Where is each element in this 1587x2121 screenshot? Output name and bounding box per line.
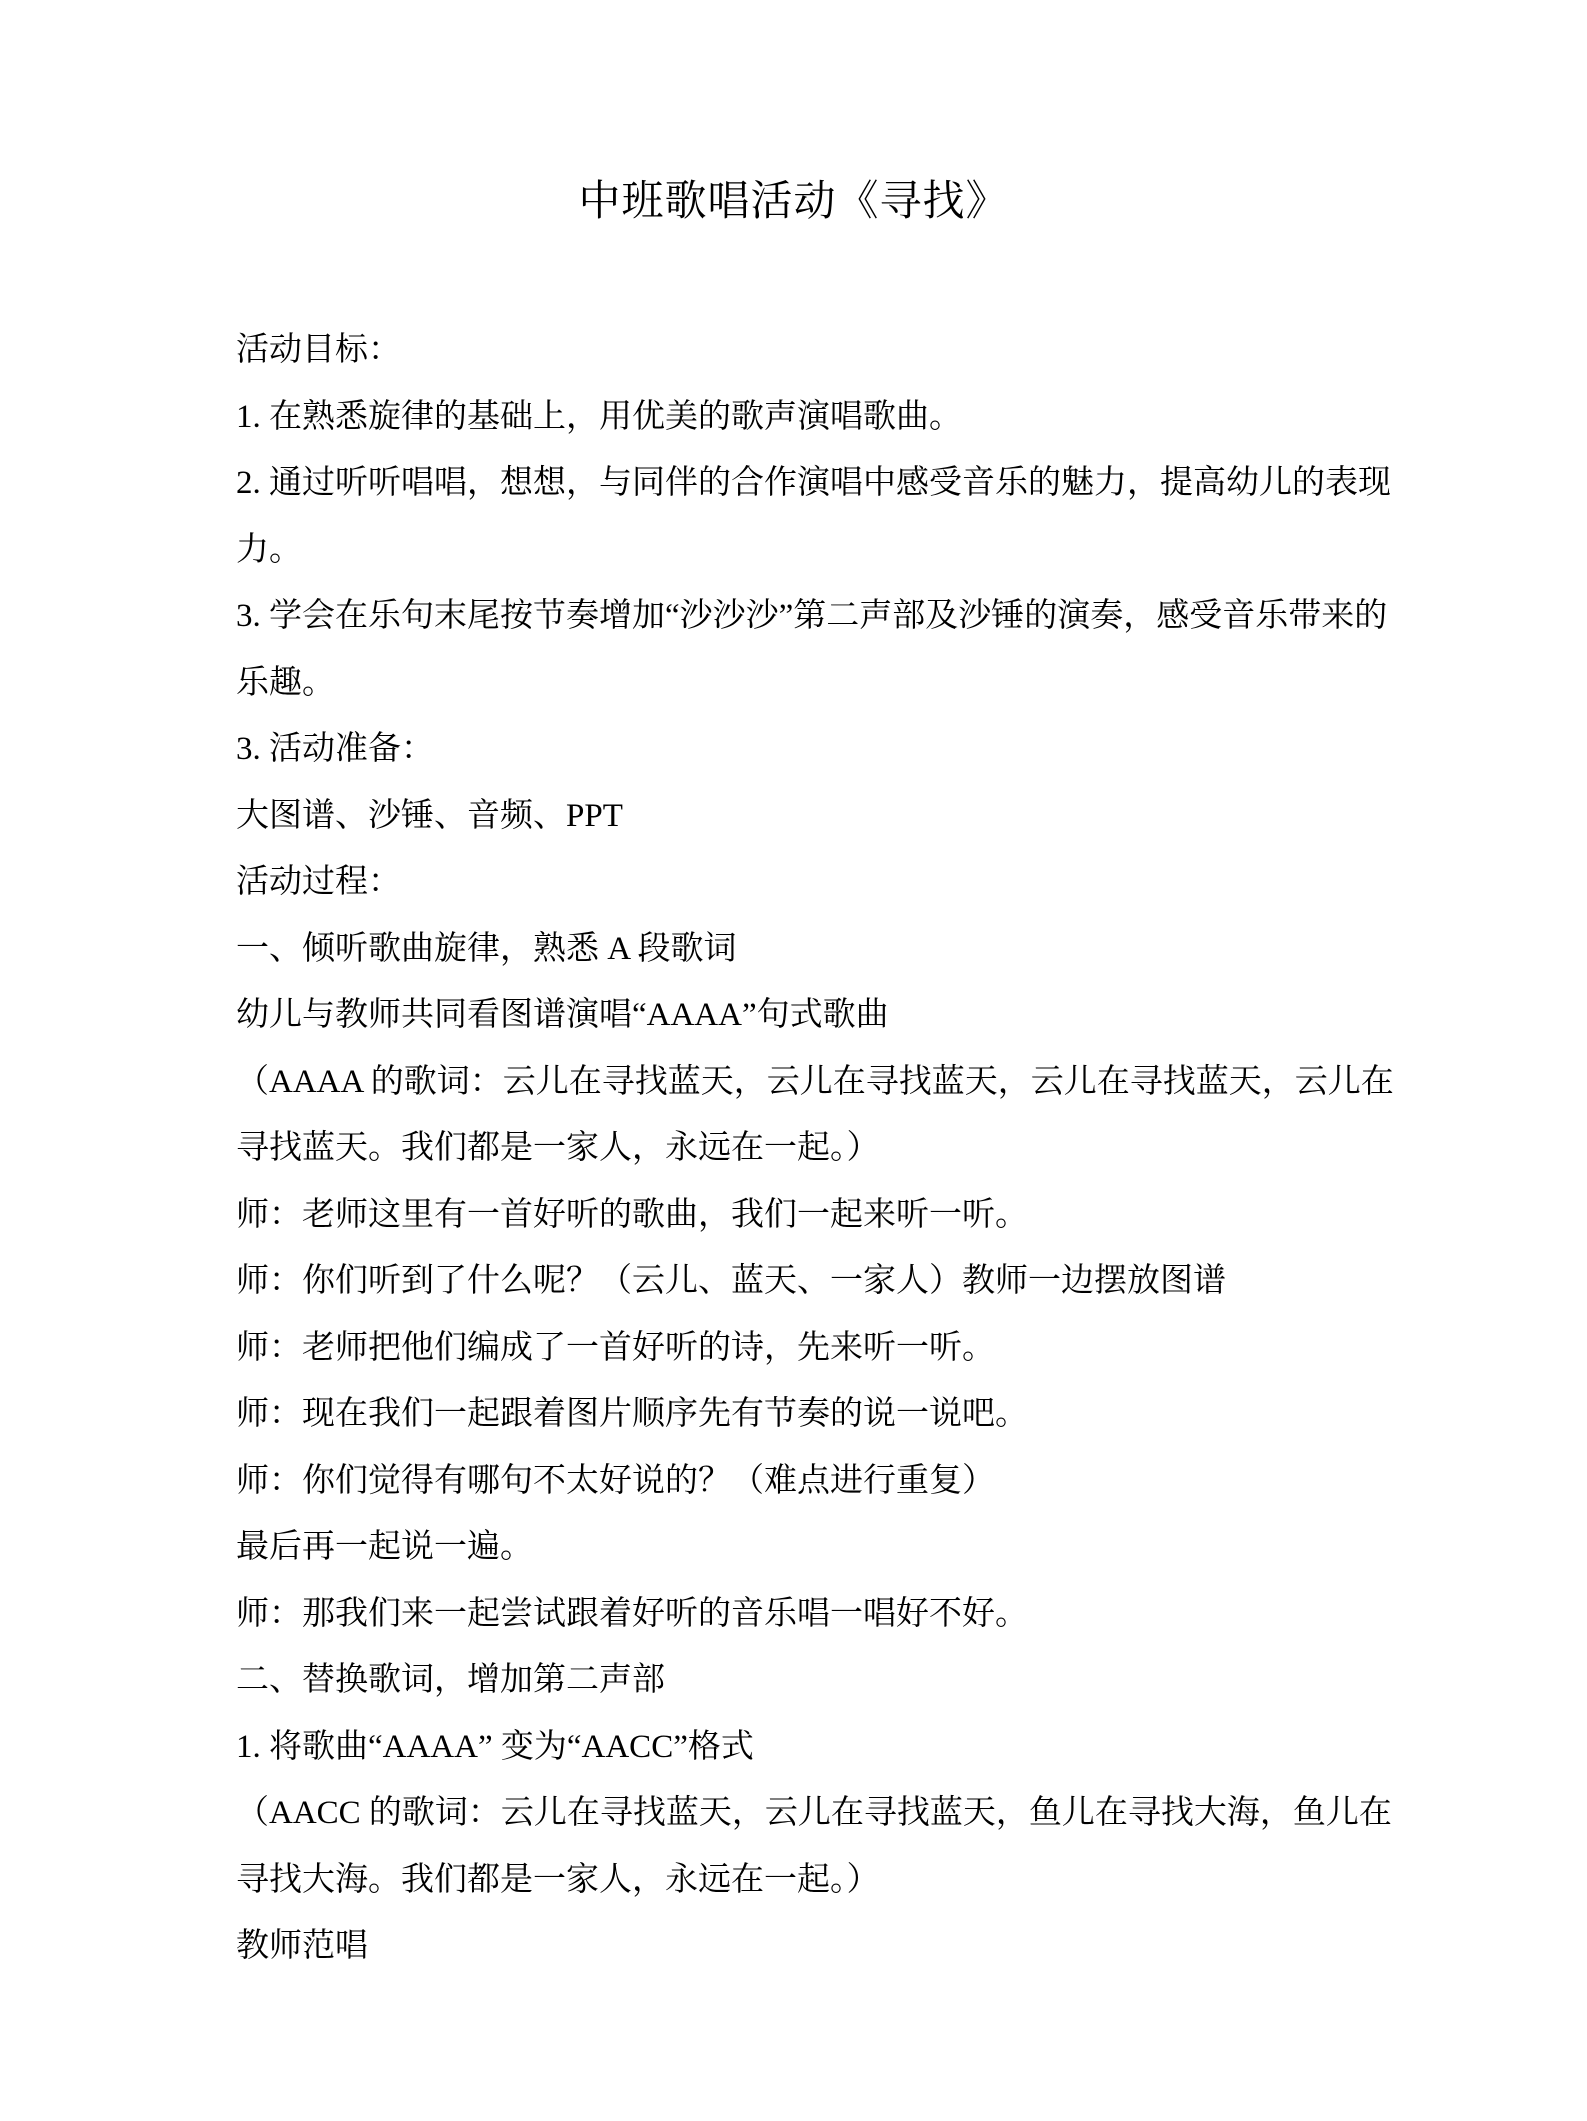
doc-line-teacher-quote-3: 师：老师把他们编成了一首好听的诗，先来听一听。 <box>236 1315 1436 1382</box>
doc-line-goal-1: 1. 在熟悉旋律的基础上，用优美的歌声演唱歌曲。 <box>236 384 1436 451</box>
doc-line-activity-goals-heading: 活动目标： <box>236 317 1436 384</box>
doc-line-aacc-lyrics-wrap: 寻找大海。我们都是一家人，永远在一起。） <box>236 1847 1436 1914</box>
doc-line-aacc-lyrics: （AACC 的歌词：云儿在寻找蓝天，云儿在寻找蓝天，鱼儿在寻找大海，鱼儿在 <box>236 1780 1436 1847</box>
doc-line-teacher-quote-2: 师：你们听到了什么呢？（云儿、蓝天、一家人）教师一边摆放图谱 <box>236 1248 1436 1315</box>
doc-line-goal-3-wrap: 乐趣。 <box>236 650 1436 717</box>
doc-line-section-2-heading: 二、替换歌词，增加第二声部 <box>236 1647 1436 1714</box>
document-title: 中班歌唱活动《寻找》 <box>0 178 1587 226</box>
doc-line-teacher-quote-1: 师：老师这里有一首好听的歌曲，我们一起来听一听。 <box>236 1182 1436 1249</box>
doc-line-process-heading: 活动过程： <box>236 849 1436 916</box>
doc-line-aaaa-lyrics-wrap: 寻找蓝天。我们都是一家人，永远在一起。） <box>236 1115 1436 1182</box>
doc-line-teacher-quote-5: 师：你们觉得有哪句不太好说的？（难点进行重复） <box>236 1448 1436 1515</box>
doc-line-teacher-quote-4: 师：现在我们一起跟着图片顺序先有节奏的说一说吧。 <box>236 1381 1436 1448</box>
doc-line-goal-2-wrap: 力。 <box>236 517 1436 584</box>
doc-line-teacher-quote-6: 师：那我们来一起尝试跟着好听的音乐唱一唱好不好。 <box>236 1581 1436 1648</box>
doc-line-goal-3: 3. 学会在乐句末尾按节奏增加“沙沙沙”第二声部及沙锤的演奏，感受音乐带来的 <box>236 583 1436 650</box>
doc-line-section-1-intro: 幼儿与教师共同看图谱演唱“AAAA”句式歌曲 <box>236 982 1436 1049</box>
doc-line-teacher-demo: 教师范唱 <box>236 1913 1436 1980</box>
doc-line-repeat-note: 最后再一起说一遍。 <box>236 1514 1436 1581</box>
doc-line-format-change: 1. 将歌曲“AAAA” 变为“AACC”格式 <box>236 1714 1436 1781</box>
doc-line-aaaa-lyrics: （AAAA 的歌词：云儿在寻找蓝天，云儿在寻找蓝天，云儿在寻找蓝天，云儿在 <box>236 1049 1436 1116</box>
doc-line-preparation-heading: 3. 活动准备： <box>236 716 1436 783</box>
doc-line-preparation-items: 大图谱、沙锤、音频、PPT <box>236 783 1436 850</box>
document-page: 中班歌唱活动《寻找》 活动目标： 1. 在熟悉旋律的基础上，用优美的歌声演唱歌曲… <box>0 0 1587 2121</box>
doc-line-section-1-heading: 一、倾听歌曲旋律，熟悉 A 段歌词 <box>236 916 1436 983</box>
doc-line-goal-2: 2. 通过听听唱唱，想想，与同伴的合作演唱中感受音乐的魅力，提高幼儿的表现 <box>236 450 1436 517</box>
document-body: 活动目标： 1. 在熟悉旋律的基础上，用优美的歌声演唱歌曲。 2. 通过听听唱唱… <box>236 317 1436 1980</box>
